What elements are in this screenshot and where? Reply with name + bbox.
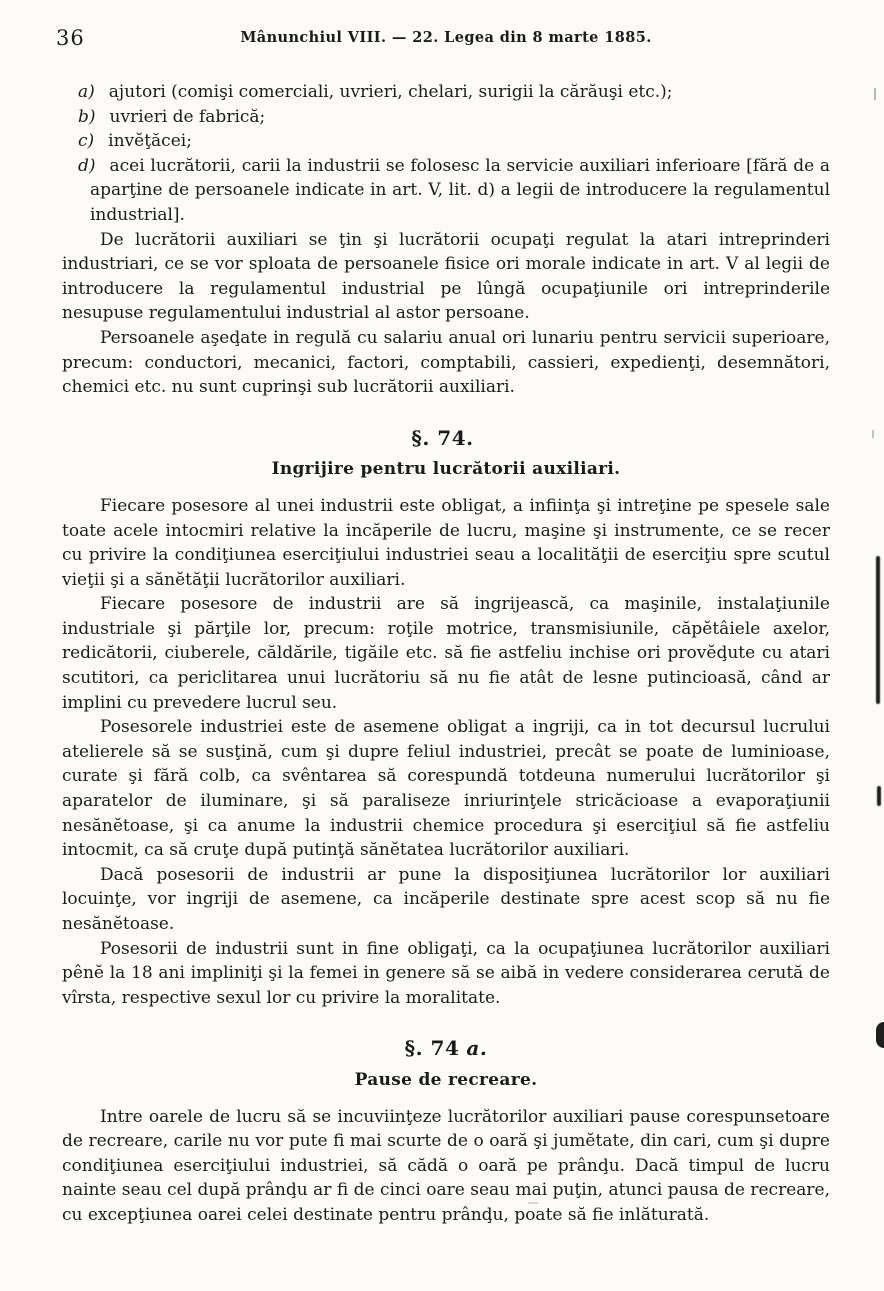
paragraph: Intre oarele de lucru să se incuviinţeze… bbox=[62, 1105, 830, 1228]
scan-artifact bbox=[872, 430, 874, 438]
section-74: §. 74. Ingrijire pentru lucrătorii auxil… bbox=[62, 426, 830, 1011]
document-page: 36 Mânunchiul VIII. — 22. Legea din 8 ma… bbox=[0, 0, 884, 1291]
paragraph: Fiecare posesore al unei industrii este … bbox=[62, 494, 830, 592]
paragraph: Posesorele industriei este de asemene ob… bbox=[62, 715, 830, 863]
list-item-text: uvrieri de fabrică; bbox=[110, 107, 266, 127]
paragraph: Dacă posesorii de industrii ar pune la d… bbox=[62, 863, 830, 937]
section-number: §. 74a. bbox=[62, 1036, 830, 1061]
list-item-text: ajutori (comişi comerciali, uvrieri, che… bbox=[109, 82, 673, 102]
section-heading: §. 74. Ingrijire pentru lucrătorii auxil… bbox=[62, 426, 830, 482]
section-title: Ingrijire pentru lucrătorii auxiliari. bbox=[62, 457, 830, 482]
list-marker: a) bbox=[78, 82, 95, 102]
section-number-suffix: a. bbox=[466, 1036, 487, 1060]
list-item-text: acei lucrătorii, carii la industrii se f… bbox=[90, 156, 830, 225]
paragraph: Persoanele aşeḑate in regulă cu salariu … bbox=[62, 326, 830, 400]
intro-list: a)ajutori (comişi comerciali, uvrieri, c… bbox=[62, 80, 830, 228]
running-head: Mânunchiul VIII. — 22. Legea din 8 marte… bbox=[62, 29, 830, 46]
list-marker: b) bbox=[78, 107, 96, 127]
paragraph: Fiecare posesore de industrii are să ing… bbox=[62, 592, 830, 715]
section-heading: §. 74a. Pause de recreare. bbox=[62, 1036, 830, 1092]
list-marker: d) bbox=[78, 156, 96, 176]
list-item-text: invĕţăcei; bbox=[108, 131, 192, 151]
scan-artifact bbox=[876, 556, 880, 704]
scan-artifact bbox=[877, 786, 881, 806]
section-title: Pause de recreare. bbox=[62, 1068, 830, 1093]
scan-artifact bbox=[874, 88, 876, 100]
paragraph: Posesorii de industrii sunt in fine obli… bbox=[62, 937, 830, 1011]
section-number: §. 74. bbox=[62, 426, 830, 451]
page-content: a)ajutori (comişi comerciali, uvrieri, c… bbox=[62, 80, 830, 1228]
list-marker: c) bbox=[78, 131, 94, 151]
list-item: c)invĕţăcei; bbox=[78, 129, 830, 154]
list-item: d)acei lucrătorii, carii la industrii se… bbox=[78, 154, 830, 228]
scan-artifact bbox=[876, 1022, 884, 1048]
list-item: b)uvrieri de fabrică; bbox=[78, 105, 830, 130]
section-number-text: §. 74. bbox=[411, 426, 473, 450]
section-number-text: §. 74 bbox=[405, 1036, 460, 1060]
list-item: a)ajutori (comişi comerciali, uvrieri, c… bbox=[78, 80, 830, 105]
page-header: 36 Mânunchiul VIII. — 22. Legea din 8 ma… bbox=[62, 26, 830, 52]
paragraph: De lucrătorii auxiliari se ţin şi lucrăt… bbox=[62, 228, 830, 326]
section-74a: §. 74a. Pause de recreare. Intre oarele … bbox=[62, 1036, 830, 1227]
